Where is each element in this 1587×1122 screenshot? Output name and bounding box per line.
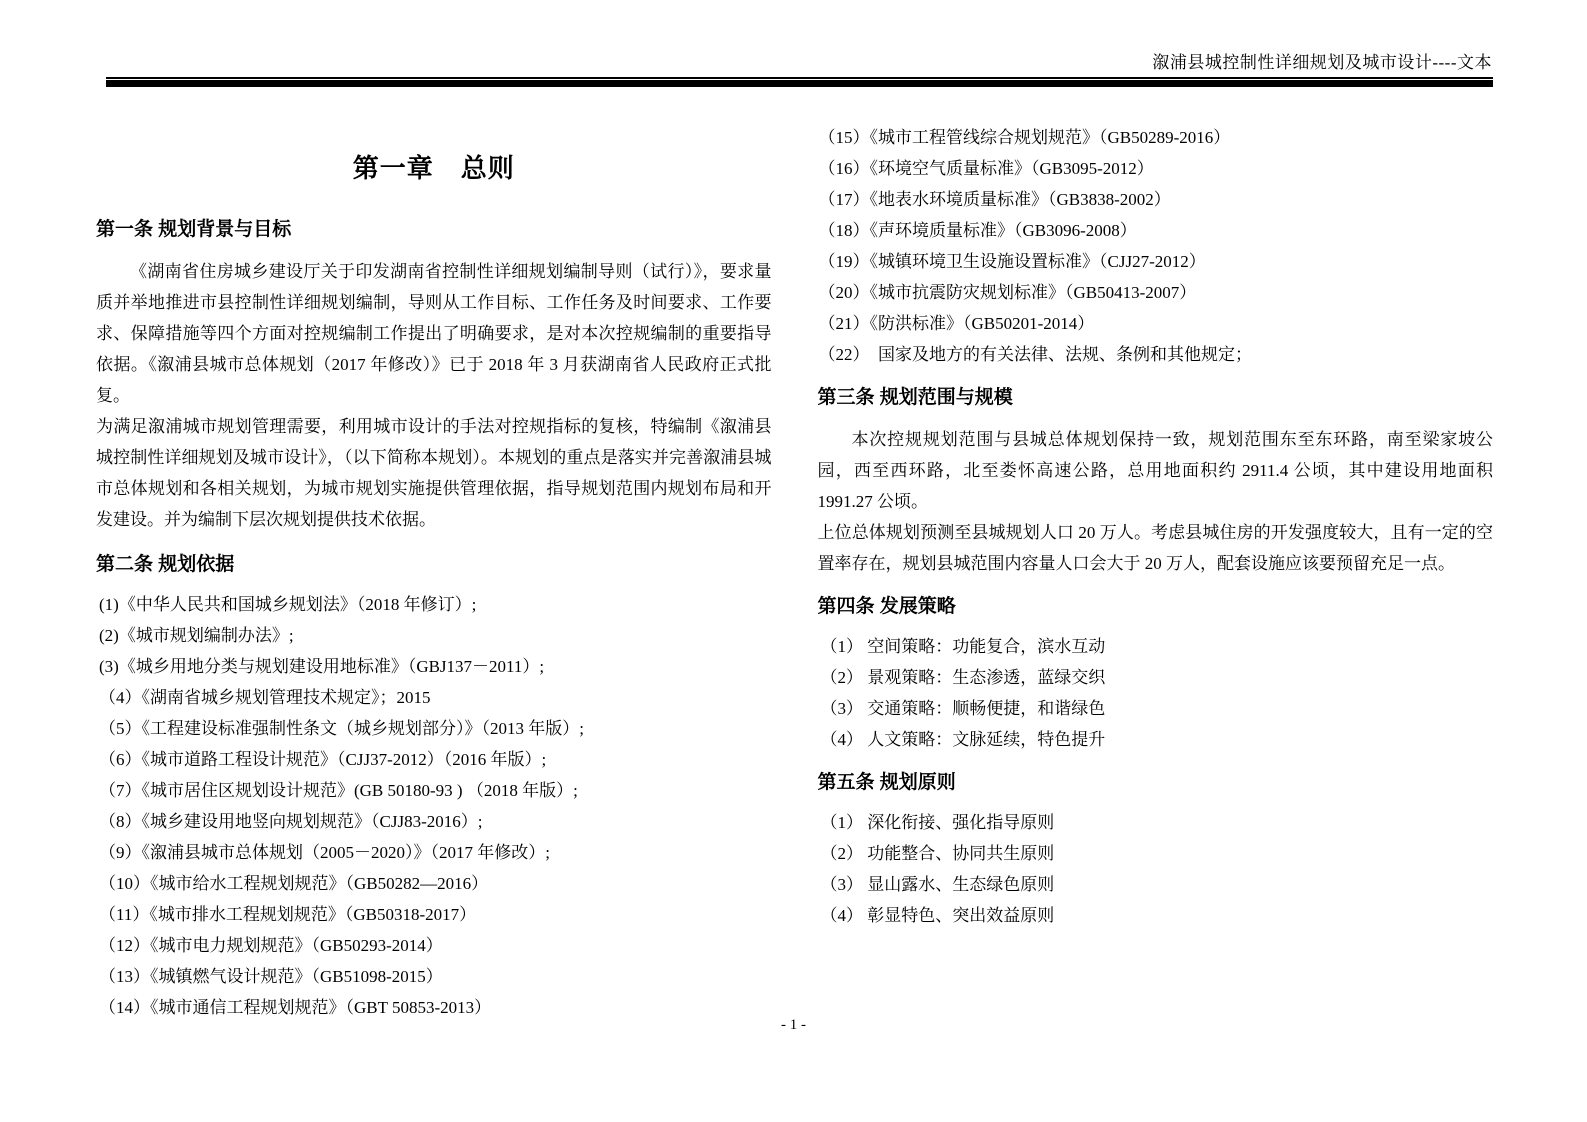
section1-paragraph-1: 《湖南省住房城乡建设厅关于印发湖南省控制性详细规划编制导则（试行）》，要求量质并… bbox=[96, 256, 772, 411]
section-heading-2: 第二条 规划依据 bbox=[96, 551, 772, 579]
strategy-list: （1） 空间策略：功能复合，滨水互动（2） 景观策略：生态渗透，蓝绿交织（3） … bbox=[818, 631, 1494, 755]
regulation-item: （7）《城市居住区规划设计规范》(GB 50180-93 ) （2018 年版）… bbox=[99, 775, 772, 806]
section-heading-4: 第四条 发展策略 bbox=[818, 593, 1494, 621]
regulation-item: （15）《城市工程管线综合规划规范》（GB50289-2016） bbox=[819, 122, 1494, 153]
regulation-item: （12）《城市电力规划规范》（GB50293-2014） bbox=[99, 930, 772, 961]
regulation-item: （13）《城镇燃气设计规范》（GB51098-2015） bbox=[99, 961, 772, 992]
regulation-item: （6）《城市道路工程设计规范》（CJJ37-2012）（2016 年版）; bbox=[99, 744, 772, 775]
section-heading-5: 第五条 规划原则 bbox=[818, 769, 1494, 797]
regulation-item: （5）《工程建设标准强制性条文（城乡规划部分）》（2013 年版）; bbox=[99, 713, 772, 744]
strategy-item: （1） 空间策略：功能复合，滨水互动 bbox=[821, 631, 1494, 662]
regulation-item: （20）《城市抗震防灾规划标准》（GB50413-2007） bbox=[819, 277, 1494, 308]
principle-item: （2） 功能整合、协同共生原则 bbox=[821, 838, 1494, 869]
right-column: （15）《城市工程管线综合规划规范》（GB50289-2016）（16）《环境空… bbox=[818, 122, 1494, 1023]
strategy-item: （3） 交通策略：顺畅便捷，和谐绿色 bbox=[821, 693, 1494, 724]
regulation-item: (2)《城市规划编制办法》; bbox=[99, 620, 772, 651]
regulation-item: （16）《环境空气质量标准》（GB3095-2012） bbox=[819, 153, 1494, 184]
section-heading-3: 第三条 规划范围与规模 bbox=[818, 384, 1494, 412]
regulation-item: （19）《城镇环境卫生设施设置标准》（CJJ27-2012） bbox=[819, 246, 1494, 277]
regulation-item: （11）《城市排水工程规划规范》（GB50318-2017） bbox=[99, 899, 772, 930]
chapter-title: 第一章 总则 bbox=[96, 148, 772, 188]
regulation-item: （17）《地表水环境质量标准》（GB3838-2002） bbox=[819, 184, 1494, 215]
two-column-layout: 第一章 总则 第一条 规划背景与目标 《湖南省住房城乡建设厅关于印发湖南省控制性… bbox=[96, 122, 1493, 1023]
principle-item: （3） 显山露水、生态绿色原则 bbox=[821, 869, 1494, 900]
page-number: - 1 - bbox=[0, 1017, 1587, 1034]
regulation-item: （8）《城乡建设用地竖向规划规范》（CJJ83-2016）; bbox=[99, 806, 772, 837]
regulation-item: （9）《溆浦县城市总体规划（2005－2020）》（2017 年修改）; bbox=[99, 837, 772, 868]
regulation-item: （10）《城市给水工程规划规范》（GB50282—2016） bbox=[99, 868, 772, 899]
regulation-item: （4）《湖南省城乡规划管理技术规定》；2015 bbox=[99, 682, 772, 713]
principle-item: （1） 深化衔接、强化指导原则 bbox=[821, 807, 1494, 838]
regulation-list-1-14: (1)《中华人民共和国城乡规划法》（2018 年修订）;(2)《城市规划编制办法… bbox=[96, 589, 772, 1023]
regulation-list-15-22: （15）《城市工程管线综合规划规范》（GB50289-2016）（16）《环境空… bbox=[818, 122, 1494, 370]
document-header-title: 溆浦县城控制性详细规划及城市设计----文本 bbox=[1152, 52, 1492, 74]
left-column: 第一章 总则 第一条 规划背景与目标 《湖南省住房城乡建设厅关于印发湖南省控制性… bbox=[96, 122, 772, 1023]
regulation-item: （22） 国家及地方的有关法律、法规、条例和其他规定； bbox=[819, 339, 1494, 370]
section3-paragraph-1: 本次控规规划范围与县城总体规划保持一致，规划范围东至东环路，南至梁家坡公园，西至… bbox=[818, 424, 1494, 517]
regulation-item: （21）《防洪标准》（GB50201-2014） bbox=[819, 308, 1494, 339]
section-heading-1: 第一条 规划背景与目标 bbox=[96, 216, 772, 244]
header-rule bbox=[106, 77, 1493, 87]
document-page: 溆浦县城控制性详细规划及城市设计----文本 第一章 总则 第一条 规划背景与目… bbox=[0, 0, 1587, 1122]
principle-item: （4） 彰显特色、突出效益原则 bbox=[821, 900, 1494, 931]
regulation-item: (1)《中华人民共和国城乡规划法》（2018 年修订）; bbox=[99, 589, 772, 620]
principle-list: （1） 深化衔接、强化指导原则（2） 功能整合、协同共生原则（3） 显山露水、生… bbox=[818, 807, 1494, 931]
strategy-item: （2） 景观策略：生态渗透，蓝绿交织 bbox=[821, 662, 1494, 693]
header-rule-bar bbox=[106, 80, 1493, 87]
regulation-item: (3)《城乡用地分类与规划建设用地标准》（GBJ137－2011）; bbox=[99, 651, 772, 682]
section1-paragraph-2: 为满足溆浦城市规划管理需要，利用城市设计的手法对控规指标的复核，特编制《溆浦县城… bbox=[96, 411, 772, 535]
section3-paragraph-2: 上位总体规划预测至县城规划人口 20 万人。考虑县城住房的开发强度较大，且有一定… bbox=[818, 517, 1494, 579]
strategy-item: （4） 人文策略：文脉延续，特色提升 bbox=[821, 724, 1494, 755]
regulation-item: （18）《声环境质量标准》（GB3096-2008） bbox=[819, 215, 1494, 246]
